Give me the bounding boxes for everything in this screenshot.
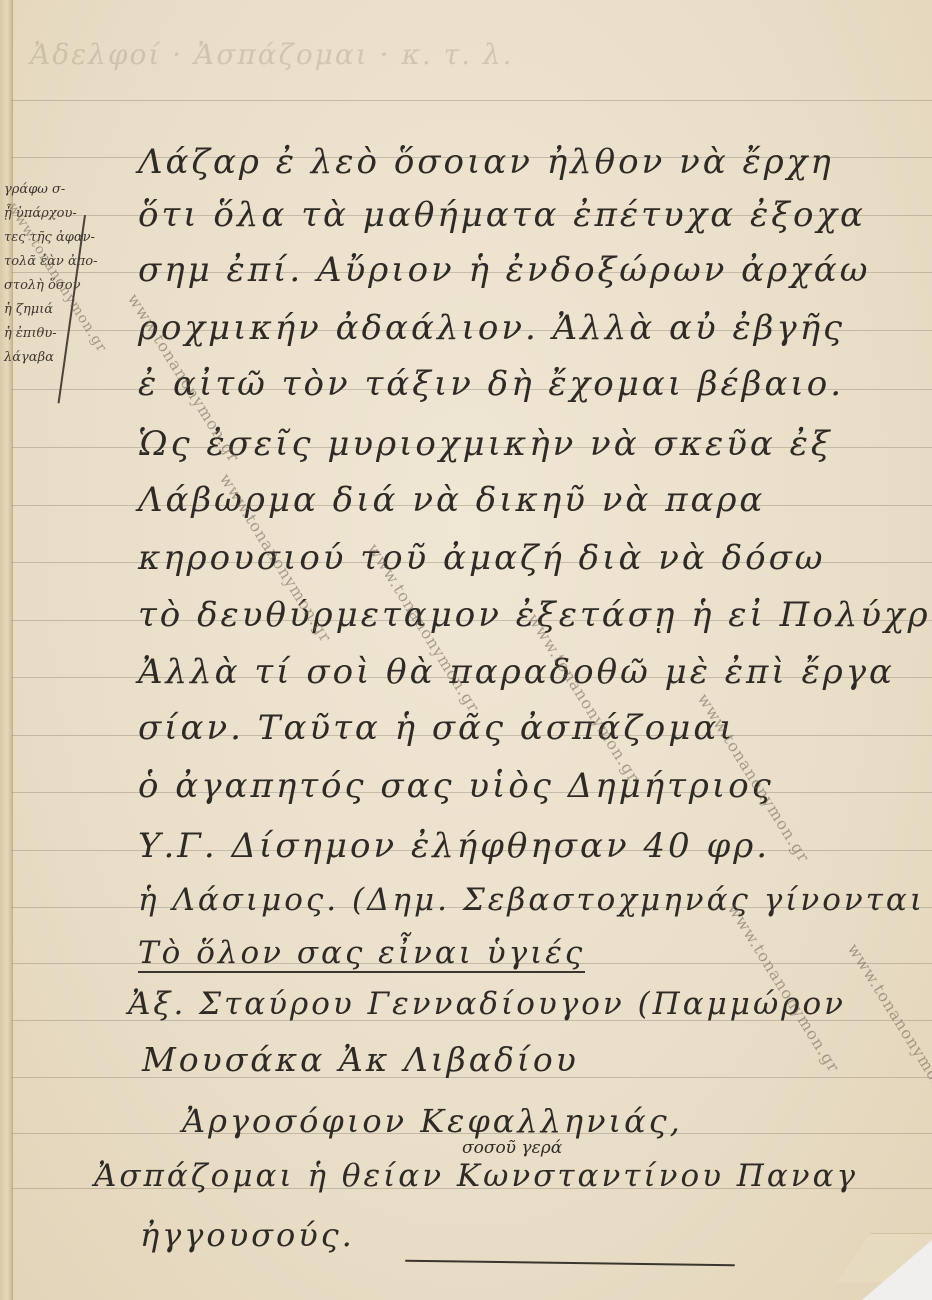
- postscript-line-1: Υ.Γ. Δίσημον ἐλήφθησαν 40 φρ.: [138, 826, 770, 866]
- interlinear-insertion: σοσοῦ γερά: [462, 1138, 562, 1158]
- postscript-underlined-line: Τὸ ὅλον σας εἶναι ὑγιές: [138, 935, 585, 973]
- bleed-through-text: Ἀδελφοί · Ἀσπάζομαι · κ. τ. λ.: [30, 38, 910, 71]
- handwritten-closing-line: ὁ ἀγαπητός σας υἱὸς Δημήτριος: [138, 766, 774, 806]
- postscript-line-2: ἡ Λάσιμος. (Δημ. Σεβαστοχμηνάς γίνονται …: [138, 882, 932, 918]
- watermark-text: www.tonanonymon.gr: [524, 610, 644, 786]
- handwritten-line-5: ἐ αἰτῶ τὸν τάξιν δὴ ἔχομαι βέβαιο.: [138, 364, 844, 404]
- handwritten-line-11: σίαν. Ταῦτα ἡ σᾶς ἀσπάζομαι: [138, 708, 736, 748]
- greeting-line-3: ἠγγουσούς.: [140, 1216, 355, 1254]
- ruled-line: [12, 100, 932, 101]
- marginal-note-line: ἡ ζημιά: [4, 298, 110, 322]
- handwritten-line-4: ροχμικήν ἀδαάλιον. Ἀλλὰ αὐ ἐβγῆς: [138, 308, 845, 348]
- address-line-2: Μουσάκα Ἀκ Λιβαδίου: [142, 1040, 579, 1079]
- closing-flourish-stroke: [405, 1260, 735, 1267]
- greeting-line-2: Ἀσπάζομαι ἡ θείαν Κωνσταντίνου Παναγ: [94, 1158, 858, 1194]
- handwritten-line-8: κηρουσιού τοῦ ἀμαζή διὰ νὰ δόσω: [138, 538, 826, 578]
- handwritten-line-3: σημ ἐπί. Αὔριον ἡ ἐνδοξώρων ἀρχάω: [138, 250, 870, 290]
- watermark-text: www.tonanonymon.gr: [844, 940, 932, 1116]
- handwritten-line-10: Ἀλλὰ τί σοὶ θὰ παραδοθῶ μὲ ἐπὶ ἔργα: [138, 652, 895, 692]
- marginal-note-line: γράφω σ-: [4, 178, 110, 202]
- handwritten-line-1: Λάζαρ ἐ λεὸ ὅσοιαν ἠλθον νὰ ἔρχη: [138, 142, 834, 182]
- manuscript-page: Ἀδελφοί · Ἀσπάζομαι · κ. τ. λ. γράφω σ- …: [0, 0, 932, 1300]
- folded-corner: [862, 1240, 932, 1300]
- handwritten-line-2: ὅτι ὅλα τὰ μαθήματα ἐπέτυχα ἐξοχα: [138, 195, 866, 235]
- handwritten-line-6: Ὡς ἐσεῖς μυριοχμικὴν νὰ σκεῦα ἐξ: [138, 424, 833, 464]
- greeting-line-1: Ἀργοσόφιον Κεφαλληνιάς,: [182, 1102, 683, 1140]
- address-line-1: Ἀξ. Σταύρου Γενναδίουγον (Παμμώρον: [128, 986, 846, 1022]
